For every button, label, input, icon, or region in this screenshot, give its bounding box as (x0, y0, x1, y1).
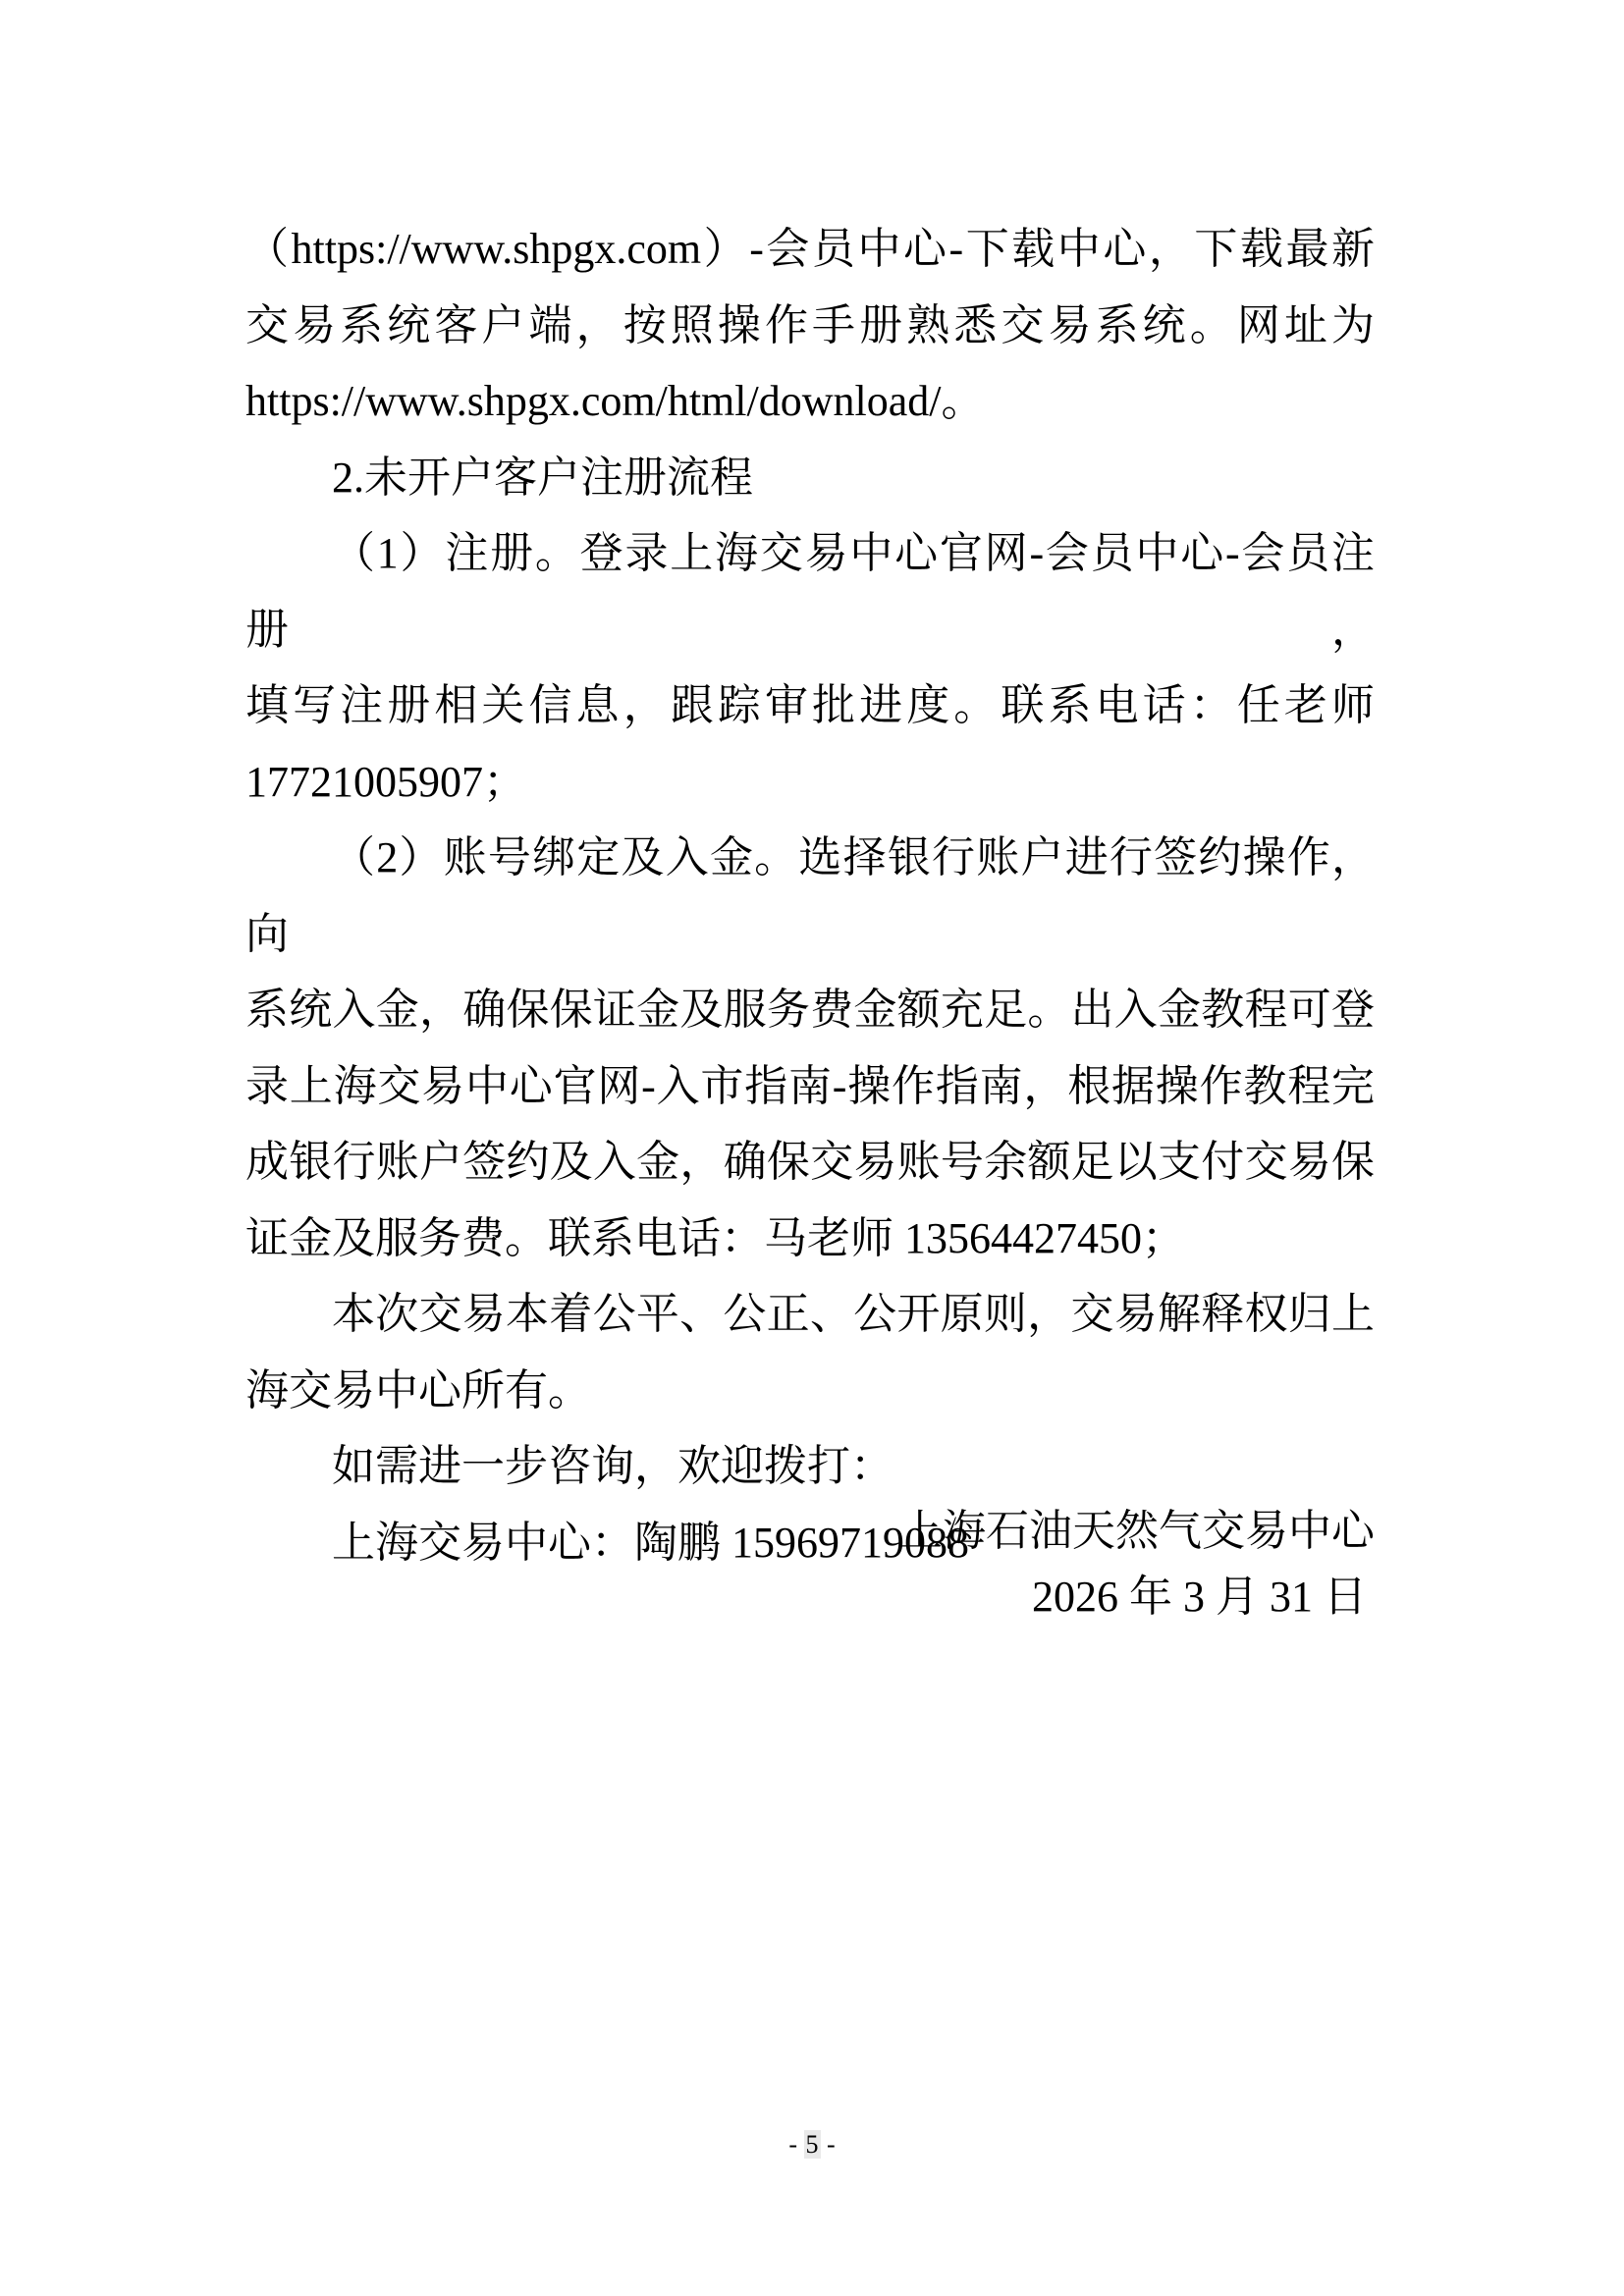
signature-organization: 上海石油天然气交易中心 (245, 1498, 1375, 1564)
text-line: （https://www.shpgx.com）-会员中心-下载中心，下载最新 (245, 211, 1375, 288)
page-number-prefix: - (788, 2130, 803, 2159)
document-body: （https://www.shpgx.com）-会员中心-下载中心，下载最新交易… (245, 211, 1375, 1580)
paragraph: （1）注册。登录上海交易中心官网-会员中心-会员注册，填写注册相关信息，跟踪审批… (245, 515, 1375, 820)
text-line: 本次交易本着公平、公正、公开原则，交易解释权归上 (245, 1276, 1375, 1353)
text-line: 证金及服务费。联系电话：马老师 13564427450； (245, 1201, 1375, 1277)
paragraph: 2.未开户客户注册流程 (245, 440, 1375, 516)
paragraph: （2）账号绑定及入金。选择银行账户进行签约操作，向系统入金，确保保证金及服务费金… (245, 820, 1375, 1276)
text-line: 17721005907； (245, 744, 1375, 821)
paragraph: （https://www.shpgx.com）-会员中心-下载中心，下载最新交易… (245, 211, 1375, 440)
text-line: 2.未开户客户注册流程 (245, 440, 1375, 516)
document-page: （https://www.shpgx.com）-会员中心-下载中心，下载最新交易… (0, 0, 1624, 2296)
text-line: 系统入金，确保保证金及服务费金额充足。出入金教程可登 (245, 972, 1375, 1048)
signature-block: 上海石油天然气交易中心 2026 年 3 月 31 日 (245, 1498, 1375, 1629)
paragraph: 如需进一步咨询，欢迎拨打： (245, 1428, 1375, 1505)
page-number: 5 (804, 2130, 821, 2159)
text-line: （2）账号绑定及入金。选择银行账户进行签约操作，向 (245, 820, 1375, 972)
text-line: （1）注册。登录上海交易中心官网-会员中心-会员注册， (245, 515, 1375, 667)
signature-date: 2026 年 3 月 31 日 (245, 1564, 1375, 1629)
page-footer: - 5 - (0, 2130, 1624, 2160)
text-line: 如需进一步咨询，欢迎拨打： (245, 1428, 1375, 1505)
text-line: 录上海交易中心官网-入市指南-操作指南，根据操作教程完 (245, 1048, 1375, 1125)
text-line: 交易系统客户端，按照操作手册熟悉交易系统。网址为 (245, 288, 1375, 364)
paragraph: 本次交易本着公平、公正、公开原则，交易解释权归上海交易中心所有。 (245, 1276, 1375, 1428)
text-line: https://www.shpgx.com/html/download/。 (245, 363, 1375, 440)
page-number-suffix: - (821, 2130, 836, 2159)
text-line: 海交易中心所有。 (245, 1353, 1375, 1429)
text-line: 填写注册相关信息，跟踪审批进度。联系电话：任老师 (245, 667, 1375, 744)
text-line: 成银行账户签约及入金，确保交易账号余额足以支付交易保 (245, 1124, 1375, 1201)
